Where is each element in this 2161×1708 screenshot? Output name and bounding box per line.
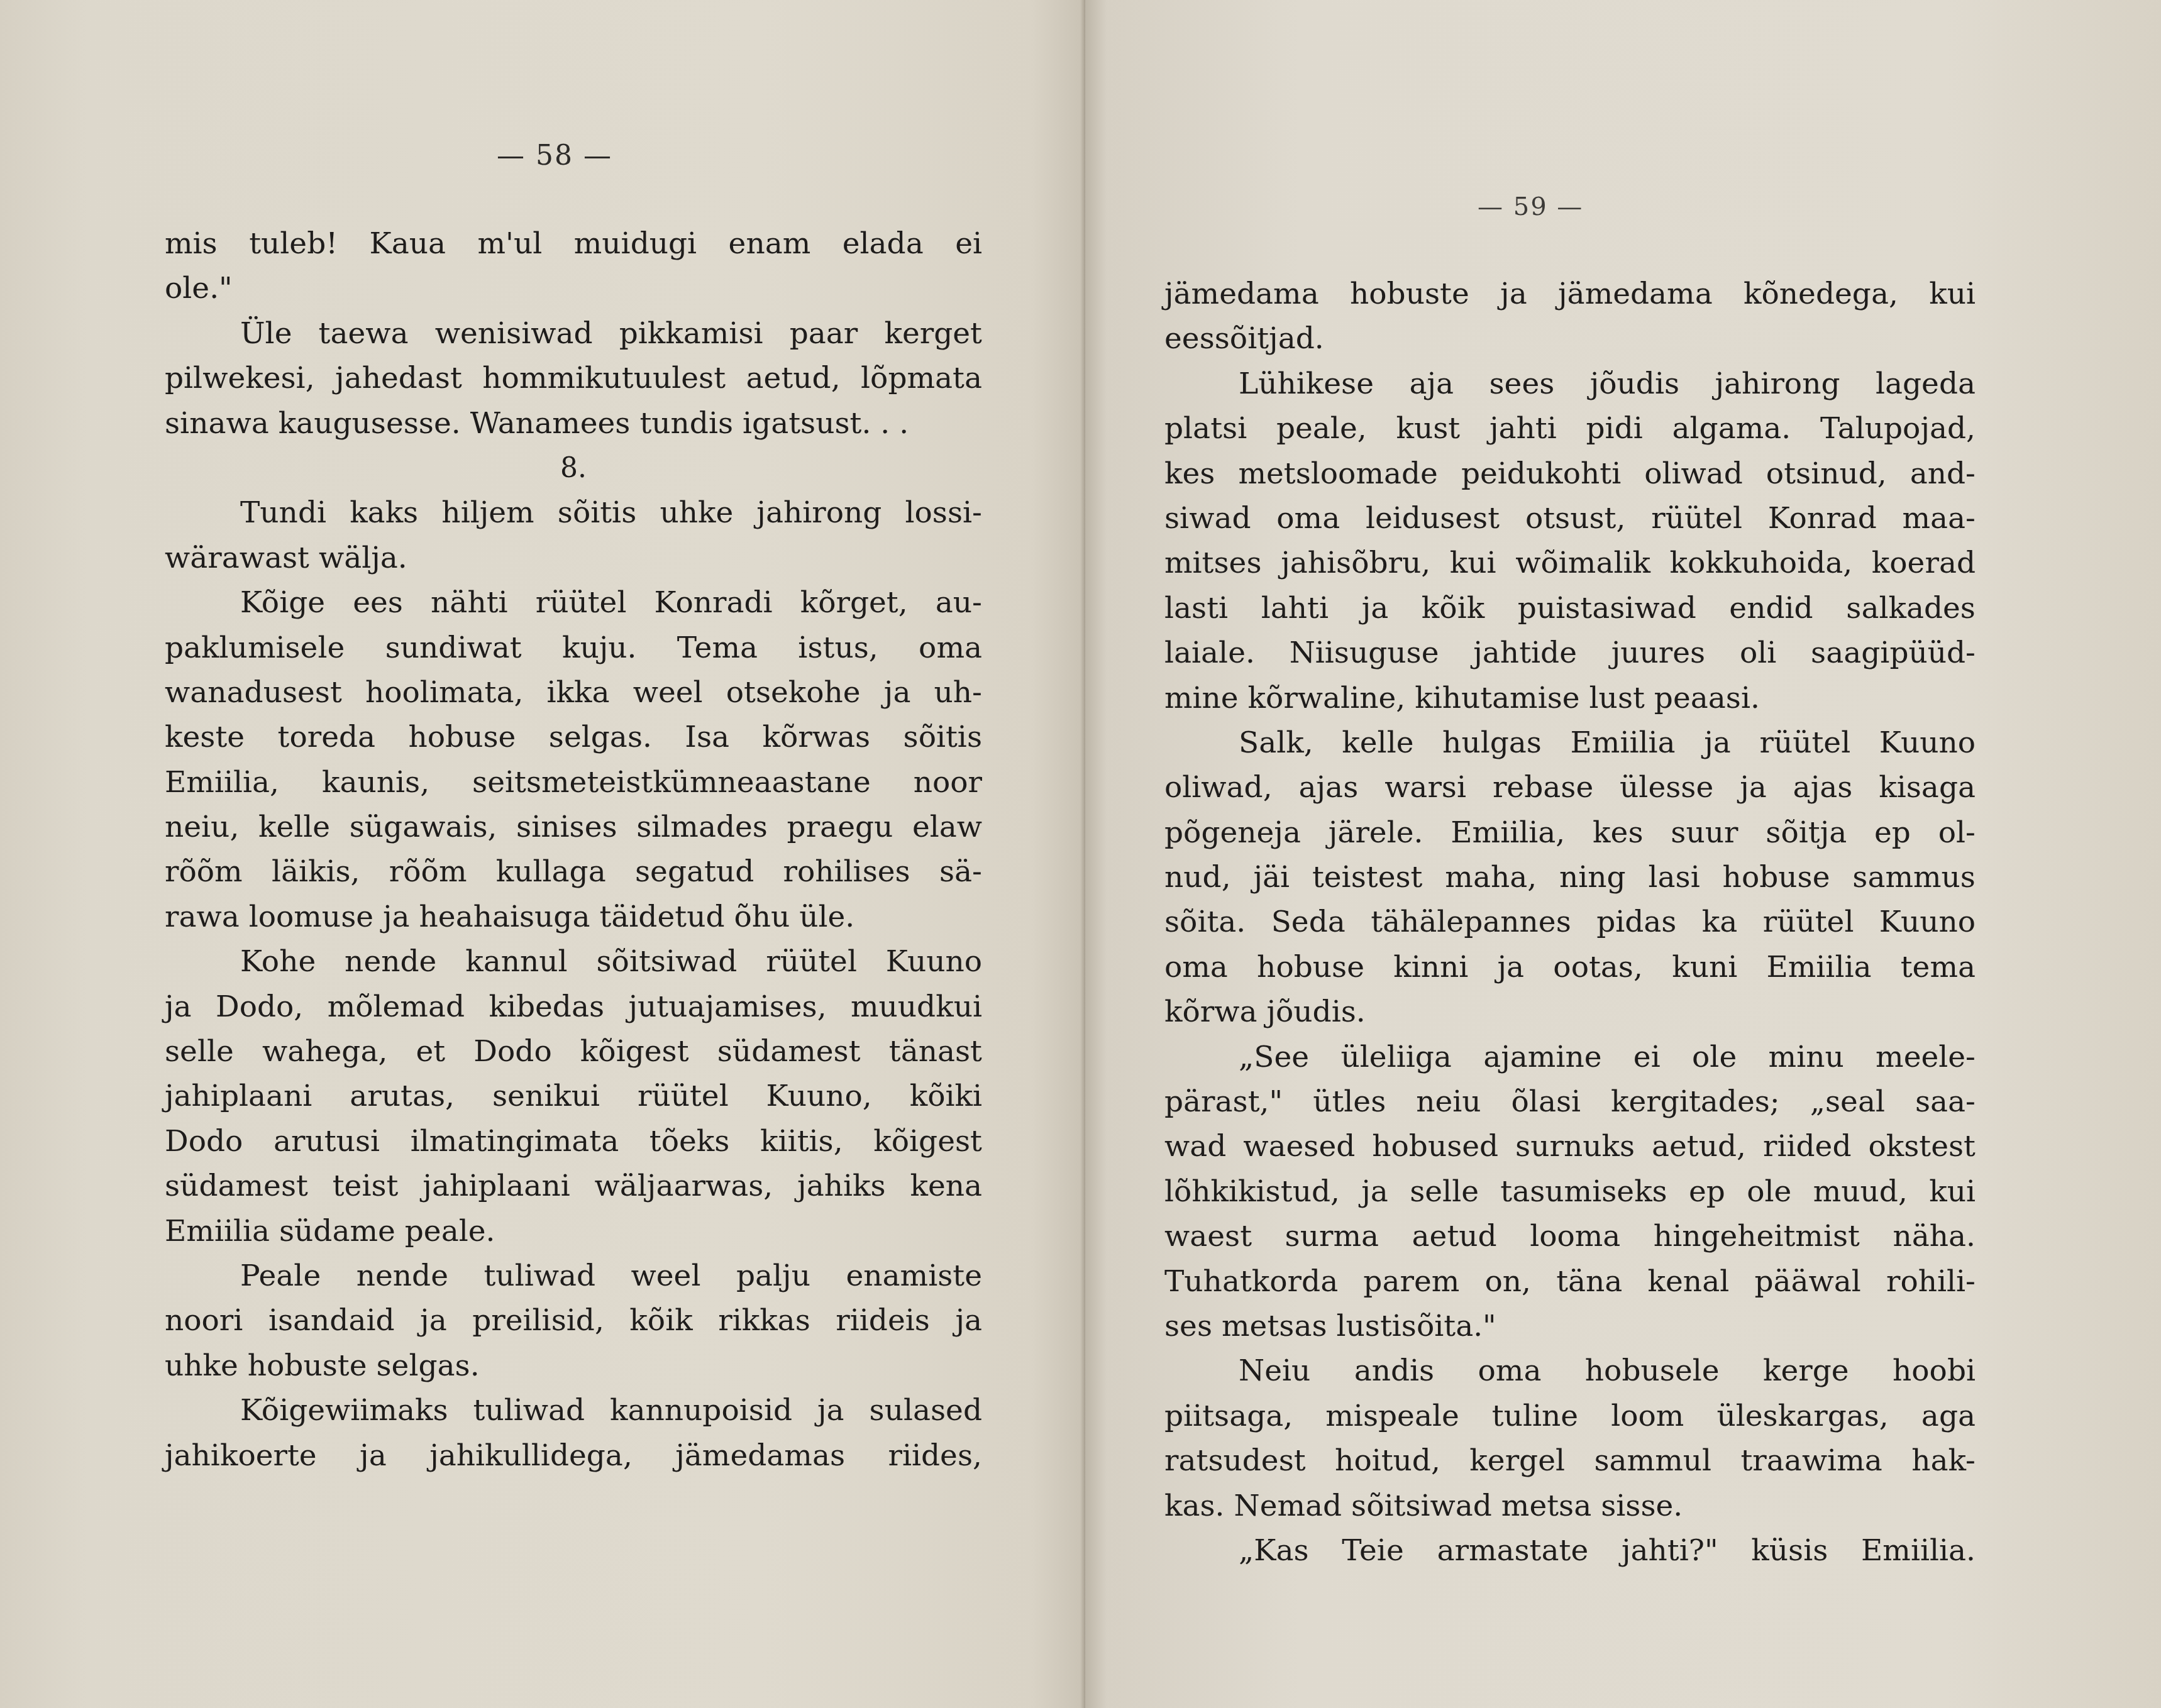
text-line: Salk, kelle hulgas Emiilia ja rüütel Kuu… bbox=[1164, 720, 1976, 765]
text-line: Neiu andis oma hobusele kerge hoobi bbox=[1164, 1348, 1976, 1393]
text-line: Tuhatkorda parem on, täna kenal pääwal r… bbox=[1164, 1259, 1976, 1304]
text-line: sõita. Seda tähälepannes pidas ka rüütel… bbox=[1164, 900, 1976, 944]
text-line: paklumisele sundiwat kuju. Tema istus, o… bbox=[165, 625, 982, 670]
right-page-text: jämedama hobuste ja jämedama kõnedega, k… bbox=[1164, 272, 1976, 1573]
text-line: eessõitjad. bbox=[1164, 316, 1976, 361]
text-line: wärawast wälja. bbox=[165, 536, 982, 580]
text-line: jämedama hobuste ja jämedama kõnedega, k… bbox=[1164, 272, 1976, 316]
chapter-heading: 8. bbox=[165, 446, 982, 490]
text-line: sinawa kaugusesse. Wanamees tundis igats… bbox=[165, 401, 982, 446]
text-line: „Kas Teie armastate jahti?" küsis Emiili… bbox=[1164, 1528, 1976, 1573]
text-line: jahiplaani arutas, senikui rüütel Kuuno,… bbox=[165, 1074, 982, 1118]
text-line: ja Dodo, mõlemad kibedas jutuajamises, m… bbox=[165, 984, 982, 1029]
text-line: ses metsas lustisõita." bbox=[1164, 1304, 1976, 1348]
text-line: wad waesed hobused surnuks aetud, riided… bbox=[1164, 1124, 1976, 1169]
text-line: kas. Nemad sõitsiwad metsa sisse. bbox=[1164, 1484, 1976, 1528]
text-line: Kõigewiimaks tuliwad kannupoisid ja sula… bbox=[165, 1388, 982, 1433]
text-line: oma hobuse kinni ja ootas, kuni Emiilia … bbox=[1164, 945, 1976, 989]
right-page: — 59 — jämedama hobuste ja jämedama kõne… bbox=[1085, 0, 2161, 1708]
page-number-left: — 58 — bbox=[497, 140, 612, 172]
text-line: nud, jäi teistest maha, ning lasi hobuse… bbox=[1164, 855, 1976, 900]
text-line: platsi peale, kust jahti pidi algama. Ta… bbox=[1164, 406, 1976, 451]
book-spread: — 58 — mis tuleb! Kaua m'ul muidugi enam… bbox=[0, 0, 2161, 1708]
text-line: uhke hobuste selgas. bbox=[165, 1343, 982, 1388]
text-line: Dodo arutusi ilmatingimata tõeks kiitis,… bbox=[165, 1119, 982, 1164]
text-line: mitses jahisõbru, kui wõimalik kokkuhoid… bbox=[1164, 541, 1976, 585]
left-page-text: mis tuleb! Kaua m'ul muidugi enam elada … bbox=[165, 221, 982, 1478]
text-line: lõhkikistud, ja selle tasumiseks ep ole … bbox=[1164, 1169, 1976, 1214]
text-line: ole." bbox=[165, 266, 982, 311]
text-line: mis tuleb! Kaua m'ul muidugi enam elada … bbox=[165, 221, 982, 266]
text-line: laiale. Niisuguse jahtide juures oli saa… bbox=[1164, 631, 1976, 675]
text-line: kõrwa jõudis. bbox=[1164, 989, 1976, 1034]
text-line: rõõm läikis, rõõm kullaga segatud rohili… bbox=[165, 849, 982, 894]
text-line: Peale nende tuliwad weel palju enamiste bbox=[165, 1253, 982, 1298]
text-line: Üle taewa wenisiwad pikkamisi paar kerge… bbox=[165, 311, 982, 356]
text-line: põgeneja järele. Emiilia, kes suur sõitj… bbox=[1164, 810, 1976, 855]
text-line: ratsudest hoitud, kergel sammul traawima… bbox=[1164, 1438, 1976, 1483]
text-line: Kõige ees nähti rüütel Konradi kõrget, a… bbox=[165, 580, 982, 625]
text-line: pärast," ütles neiu õlasi kergitades; „s… bbox=[1164, 1079, 1976, 1124]
text-line: lasti lahti ja kõik puistasiwad endid sa… bbox=[1164, 586, 1976, 631]
text-line: noori isandaid ja preilisid, kõik rikkas… bbox=[165, 1298, 982, 1343]
left-page: — 58 — mis tuleb! Kaua m'ul muidugi enam… bbox=[0, 0, 1085, 1708]
text-line: piitsaga, mispeale tuline loom üleskarga… bbox=[1164, 1394, 1976, 1438]
text-line: waest surma aetud looma hingeheitmist nä… bbox=[1164, 1214, 1976, 1259]
page-number-right: — 59 — bbox=[1478, 192, 1583, 221]
text-line: Kohe nende kannul sõitsiwad rüütel Kuuno bbox=[165, 939, 982, 984]
text-line: Tundi kaks hiljem sõitis uhke jahirong l… bbox=[165, 490, 982, 535]
text-line: pilwekesi, jahedast hommikutuulest aetud… bbox=[165, 356, 982, 400]
text-line: Lühikese aja sees jõudis jahirong lageda bbox=[1164, 361, 1976, 406]
text-line: oliwad, ajas warsi rebase ülesse ja ajas… bbox=[1164, 765, 1976, 810]
text-line: mine kõrwaline, kihutamise lust peaasi. bbox=[1164, 676, 1976, 720]
text-line: kes metsloomade peidukohti oliwad otsinu… bbox=[1164, 451, 1976, 496]
text-line: Emiilia, kaunis, seitsmeteistkümneaastan… bbox=[165, 760, 982, 805]
text-line: rawa loomuse ja heahaisuga täidetud õhu … bbox=[165, 895, 982, 939]
text-line: keste toreda hobuse selgas. Isa kõrwas s… bbox=[165, 715, 982, 759]
text-line: selle wahega, et Dodo kõigest südamest t… bbox=[165, 1029, 982, 1074]
text-line: jahikoerte ja jahikullidega, jämedamas r… bbox=[165, 1433, 982, 1478]
text-line: „See üleliiga ajamine ei ole minu meele- bbox=[1164, 1035, 1976, 1079]
text-line: siwad oma leidusest otsust, rüütel Konra… bbox=[1164, 496, 1976, 541]
text-line: wanadusest hoolimata, ikka weel otsekohe… bbox=[165, 670, 982, 715]
text-line: neiu, kelle sügawais, sinises silmades p… bbox=[165, 805, 982, 849]
text-line: Emiilia südame peale. bbox=[165, 1209, 982, 1253]
text-line: südamest teist jahiplaani wäljaarwas, ja… bbox=[165, 1164, 982, 1208]
